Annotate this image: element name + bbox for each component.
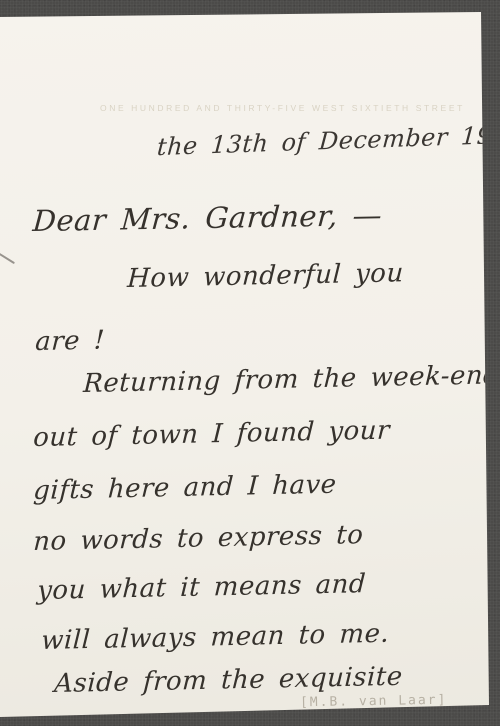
letter-paper: One Hundred and Thirty-Five West Sixtiet… <box>0 0 500 726</box>
letterhead-address: One Hundred and Thirty-Five West Sixtiet… <box>100 103 382 113</box>
body-line: you what it means and <box>37 569 367 606</box>
body-line: How wonderful you <box>127 258 405 294</box>
body-line: out of town I found your <box>33 416 391 454</box>
body-line: Returning from the week-end <box>83 360 500 399</box>
stray-ink-mark <box>0 252 15 264</box>
body-line: will always mean to me. <box>41 619 390 656</box>
body-line: gifts here and I have <box>33 470 338 506</box>
scanned-letter-photo: One Hundred and Thirty-Five West Sixtiet… <box>0 0 500 726</box>
salutation: Dear Mrs. Gardner, — <box>32 198 384 238</box>
body-line: no words to express to <box>33 520 365 557</box>
pencil-annotation: [M.B. van Laar] <box>300 693 448 711</box>
body-line: are ! <box>35 326 106 357</box>
date-line: the 13th of December 1921 <box>156 120 500 161</box>
